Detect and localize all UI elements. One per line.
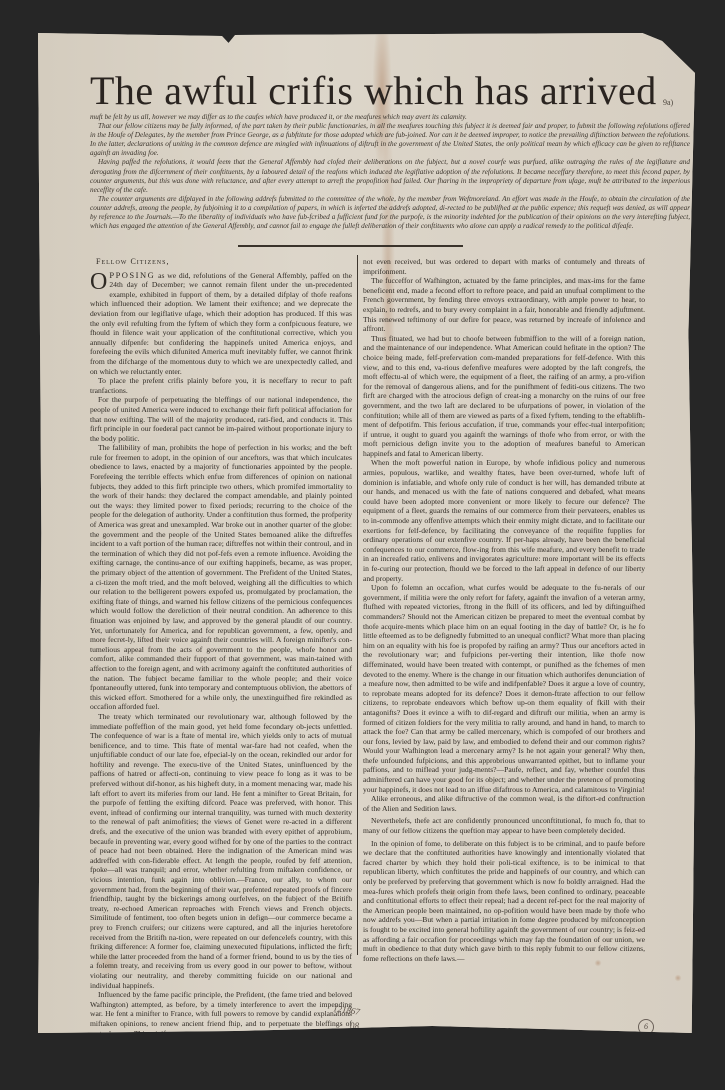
opening-paragraph: OPPOSING as we did, refolutions of the G… xyxy=(90,271,352,377)
opening-word: PPOSING xyxy=(109,270,155,280)
left-column: Fellow Citizens, OPPOSING as we did, ref… xyxy=(90,253,352,1038)
preface-paragraph: muft be felt by us all, however we may d… xyxy=(90,113,690,122)
preface-paragraph: The counter arguments are difplayed in t… xyxy=(90,195,690,231)
paragraph: When the moft powerful nation in Europe,… xyxy=(363,458,645,583)
paragraph: The fucceffor of Wafhington, actuated by… xyxy=(363,276,645,334)
paragraph: Thus fituated, we had but to choofe betw… xyxy=(363,334,645,459)
paragraph: Neverthelefs, thefe act are confidently … xyxy=(363,816,645,835)
preface-paragraph: Having paffed the refolutions, it would … xyxy=(90,158,690,194)
salutation: Fellow Citizens, xyxy=(96,257,352,267)
column-divider xyxy=(357,255,358,955)
paragraph: not even received, but was ordered to de… xyxy=(363,257,645,276)
paragraph: In the opinion of fome, to deliberate on… xyxy=(363,839,645,964)
page-number: 9a) xyxy=(663,98,673,107)
paragraph: Influenced by the fame pacific principle… xyxy=(90,990,352,1038)
preface-paragraph: That our fellow citizens may be fully in… xyxy=(90,122,690,158)
drop-cap: O xyxy=(90,272,107,292)
paragraph: The fallibility of man, prohibits the ho… xyxy=(90,443,352,712)
paragraph-text: as we did, refolutions of the General Af… xyxy=(90,271,352,376)
circled-mark: 6 xyxy=(638,1019,654,1035)
paragraph: The treaty which terminated our revoluti… xyxy=(90,712,352,990)
paragraph: Upon fo folemn an occafion, what curfes … xyxy=(363,583,645,794)
paragraph: Alike erroneous, and alike diftructive o… xyxy=(363,794,645,813)
section-rule xyxy=(238,245,463,247)
catalog-suffix: 08 xyxy=(350,1021,359,1031)
headline: The awful crifis which has arrived xyxy=(90,67,650,114)
preface: muft be felt by us all, however we may d… xyxy=(90,113,690,231)
paragraph: For the purpofe of perpetuating the blef… xyxy=(90,395,352,443)
paragraph: To place the prefent crifis plainly befo… xyxy=(90,376,352,395)
right-column: not even received, but was ordered to de… xyxy=(363,257,645,963)
broadside-sheet: The awful crifis which has arrived 9a) m… xyxy=(38,33,695,1033)
